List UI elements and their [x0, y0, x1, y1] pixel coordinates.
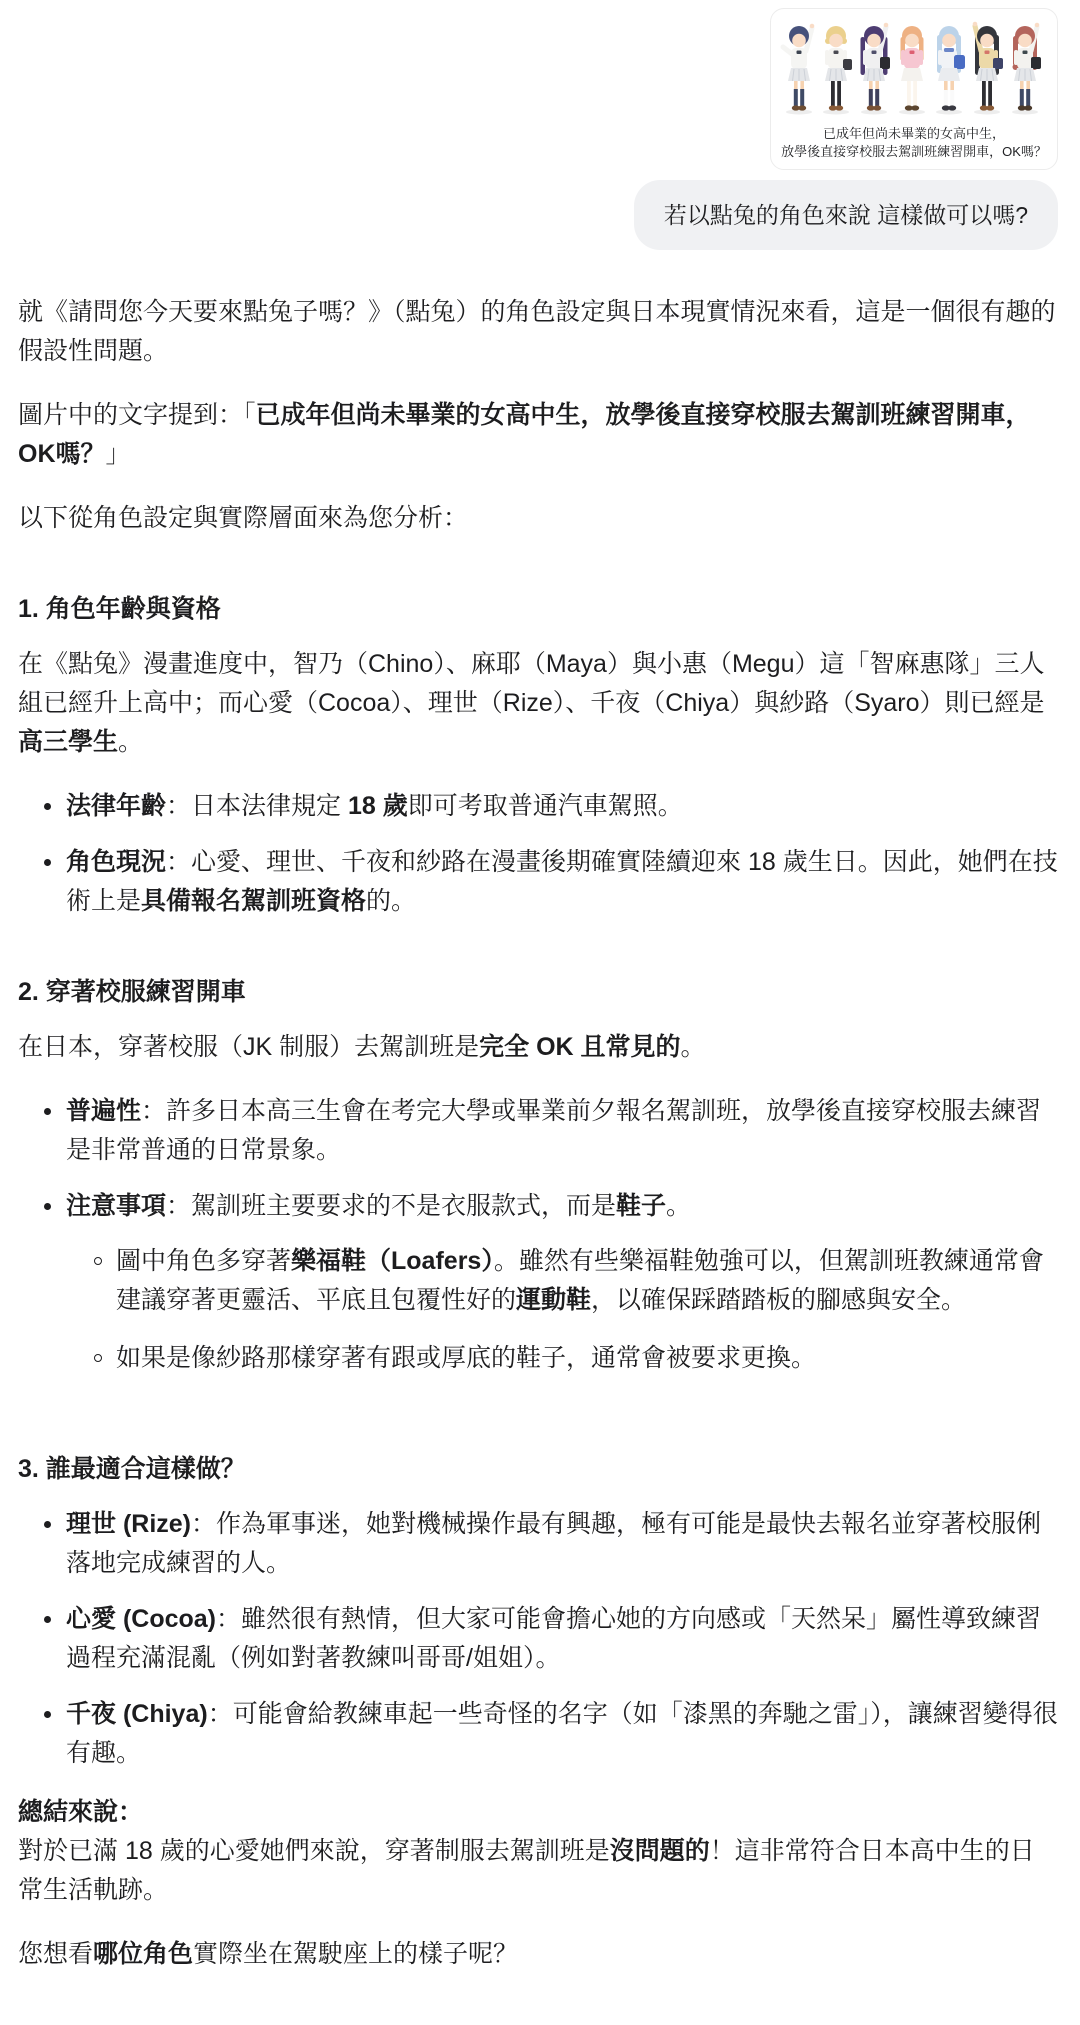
response-blocks: 就《請問您今天要來點兔子嗎？》（點兔）的角色設定與日本現實情況來看，這是一個很有… — [18, 293, 1058, 1974]
image-attachment[interactable]: 已成年但尚未畢業的女高中生， 放學後直接穿校服去駕訓班練習開車，OK嗎？ — [770, 8, 1058, 170]
attachment-caption-line2: 放學後直接穿校服去駕訓班練習開車，OK嗎？ — [775, 143, 1053, 161]
response-paragraph: 圖片中的文字提到：「已成年但尚未畢業的女高中生，放學後直接穿校服去駕訓班練習開車… — [18, 396, 1058, 474]
response-paragraph: 在日本，穿著校服（JK 制服）去駕訓班是完全 OK 且常見的。 — [18, 1028, 1058, 1067]
response-sublist: 圖中角色多穿著樂福鞋（Loafers）。雖然有些樂福鞋勉強可以，但駕訓班教練通常… — [66, 1242, 1058, 1398]
attachment-caption-line1: 已成年但尚未畢業的女高中生， — [775, 125, 1053, 143]
assistant-response: 就《請問您今天要來點兔子嗎？》（點兔）的角色設定與日本現實情況來看，這是一個很有… — [18, 293, 1058, 1974]
response-bullet: 注意事項：駕訓班主要要求的不是衣服款式，而是鞋子。圖中角色多穿著樂福鞋（Loaf… — [44, 1187, 1058, 1398]
response-list: 普遍性：許多日本高三生會在考完大學或畢業前夕報名駕訓班，放學後直接穿校服去練習是… — [18, 1092, 1058, 1398]
response-list: 理世 (Rize)：作為軍事迷，她對機械操作最有興趣，極有可能是最快去報名並穿著… — [18, 1505, 1058, 1773]
response-bullet: 千夜 (Chiya)：可能會給教練車起一些奇怪的名字（如「漆黑的奔馳之雷」），讓… — [44, 1695, 1058, 1773]
response-heading: 3. 誰最適合這樣做？ — [18, 1450, 1058, 1489]
gochiusa-characters-illustration — [775, 13, 1053, 125]
response-heading: 2. 穿著校服練習開車 — [18, 973, 1058, 1012]
response-paragraph: 您想看哪位角色實際坐在駕駛座上的樣子呢？ — [18, 1935, 1058, 1974]
response-bullet: 角色現況：心愛、理世、千夜和紗路在漫畫後期確實陸續迎來 18 歲生日。因此，她們… — [44, 843, 1058, 921]
response-paragraph: 總結來說：對於已滿 18 歲的心愛她們來說，穿著制服去駕訓班是沒問題的！這非常符… — [18, 1793, 1058, 1910]
response-paragraph: 就《請問您今天要來點兔子嗎？》（點兔）的角色設定與日本現實情況來看，這是一個很有… — [18, 293, 1058, 371]
response-list: 法律年齡：日本法律規定 18 歲即可考取普通汽車駕照。角色現況：心愛、理世、千夜… — [18, 787, 1058, 921]
response-sub-bullet: 圖中角色多穿著樂福鞋（Loafers）。雖然有些樂福鞋勉強可以，但駕訓班教練通常… — [94, 1242, 1058, 1320]
response-bullet: 理世 (Rize)：作為軍事迷，她對機械操作最有興趣，極有可能是最快去報名並穿著… — [44, 1505, 1058, 1583]
response-paragraph: 以下從角色設定與實際層面來為您分析： — [18, 499, 1058, 538]
chat-page: 已成年但尚未畢業的女高中生， 放學後直接穿校服去駕訓班練習開車，OK嗎？ 若以點… — [0, 0, 1080, 2025]
response-bullet: 心愛 (Cocoa)：雖然很有熱情，但大家可能會擔心她的方向感或「天然呆」屬性導… — [44, 1600, 1058, 1678]
response-bullet: 普遍性：許多日本高三生會在考完大學或畢業前夕報名駕訓班，放學後直接穿校服去練習是… — [44, 1092, 1058, 1170]
response-sub-bullet: 如果是像紗路那樣穿著有跟或厚底的鞋子，通常會被要求更換。 — [94, 1339, 1058, 1378]
user-turn: 已成年但尚未畢業的女高中生， 放學後直接穿校服去駕訓班練習開車，OK嗎？ 若以點… — [18, 8, 1058, 250]
response-bullet: 法律年齡：日本法律規定 18 歲即可考取普通汽車駕照。 — [44, 787, 1058, 826]
response-heading: 1. 角色年齡與資格 — [18, 590, 1058, 629]
response-paragraph: 在《點兔》漫畫進度中，智乃（Chino）、麻耶（Maya）與小惠（Megu）這「… — [18, 645, 1058, 762]
user-message-text: 若以點兔的角色來說 這樣做可以嗎? — [664, 202, 1028, 228]
user-message-bubble: 若以點兔的角色來說 這樣做可以嗎? — [634, 180, 1058, 250]
